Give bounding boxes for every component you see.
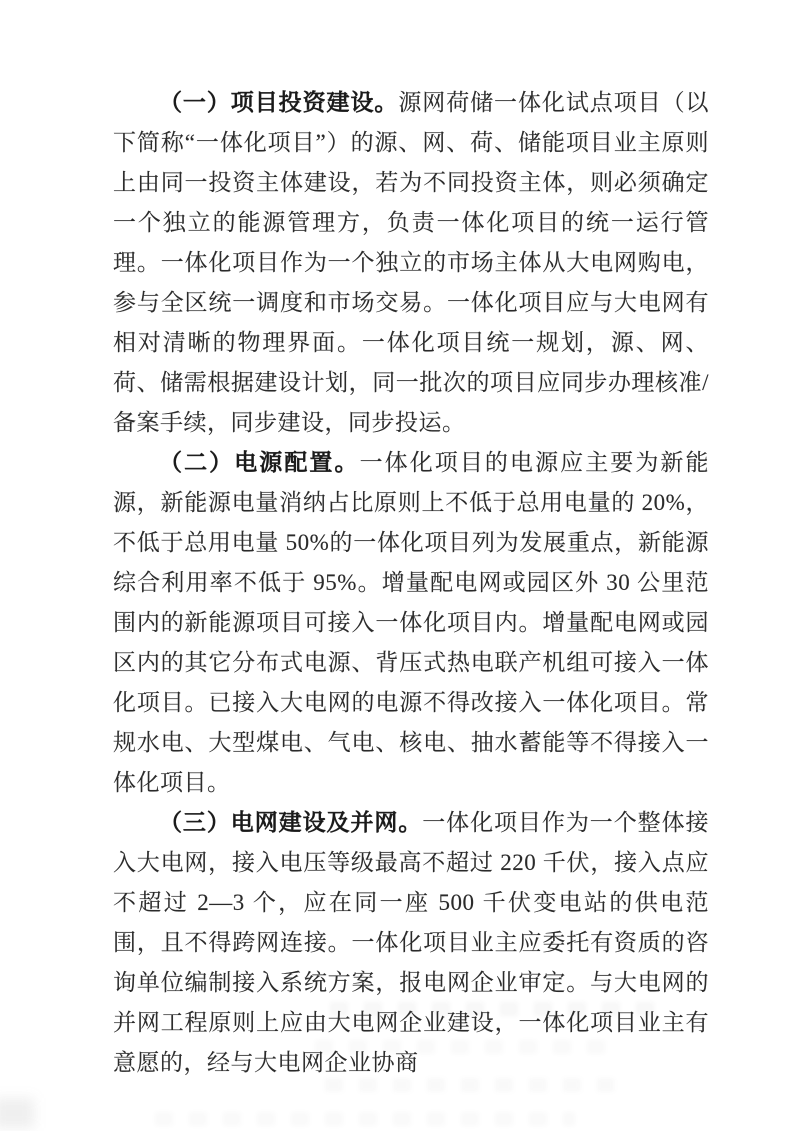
paragraph-3-body: 一体化项目作为一个整体接入大电网，接入电压等级最高不超过 220 千伏，接入点应…	[113, 810, 709, 1075]
paragraph-grid-construction: （三）电网建设及并网。一体化项目作为一个整体接入大电网，接入电压等级最高不超过 …	[113, 803, 709, 1083]
paragraph-1-heading: （一）项目投资建设。	[159, 90, 398, 115]
paragraph-3-heading: （三）电网建设及并网。	[159, 810, 422, 835]
paragraph-project-investment: （一）项目投资建设。源网荷储一体化试点项目（以下简称“一体化项目”）的源、网、荷…	[113, 83, 709, 443]
paragraph-2-body: 一体化项目的电源应主要为新能源，新能源电量消纳占比原则上不低于总用电量的 20%…	[113, 450, 709, 795]
document-text-block: （一）项目投资建设。源网荷储一体化试点项目（以下简称“一体化项目”）的源、网、荷…	[113, 83, 709, 1083]
document-page: （一）项目投资建设。源网荷储一体化试点项目（以下简称“一体化项目”）的源、网、荷…	[0, 0, 800, 1131]
paragraph-power-configuration: （二）电源配置。一体化项目的电源应主要为新能源，新能源电量消纳占比原则上不低于总…	[113, 443, 709, 803]
scan-bleed-artifact	[155, 1112, 575, 1126]
scan-smudge-artifact	[0, 1098, 34, 1128]
paragraph-2-heading: （二）电源配置。	[159, 450, 360, 475]
paragraph-1-body: 源网荷储一体化试点项目（以下简称“一体化项目”）的源、网、荷、储能项目业主原则上…	[113, 90, 709, 435]
